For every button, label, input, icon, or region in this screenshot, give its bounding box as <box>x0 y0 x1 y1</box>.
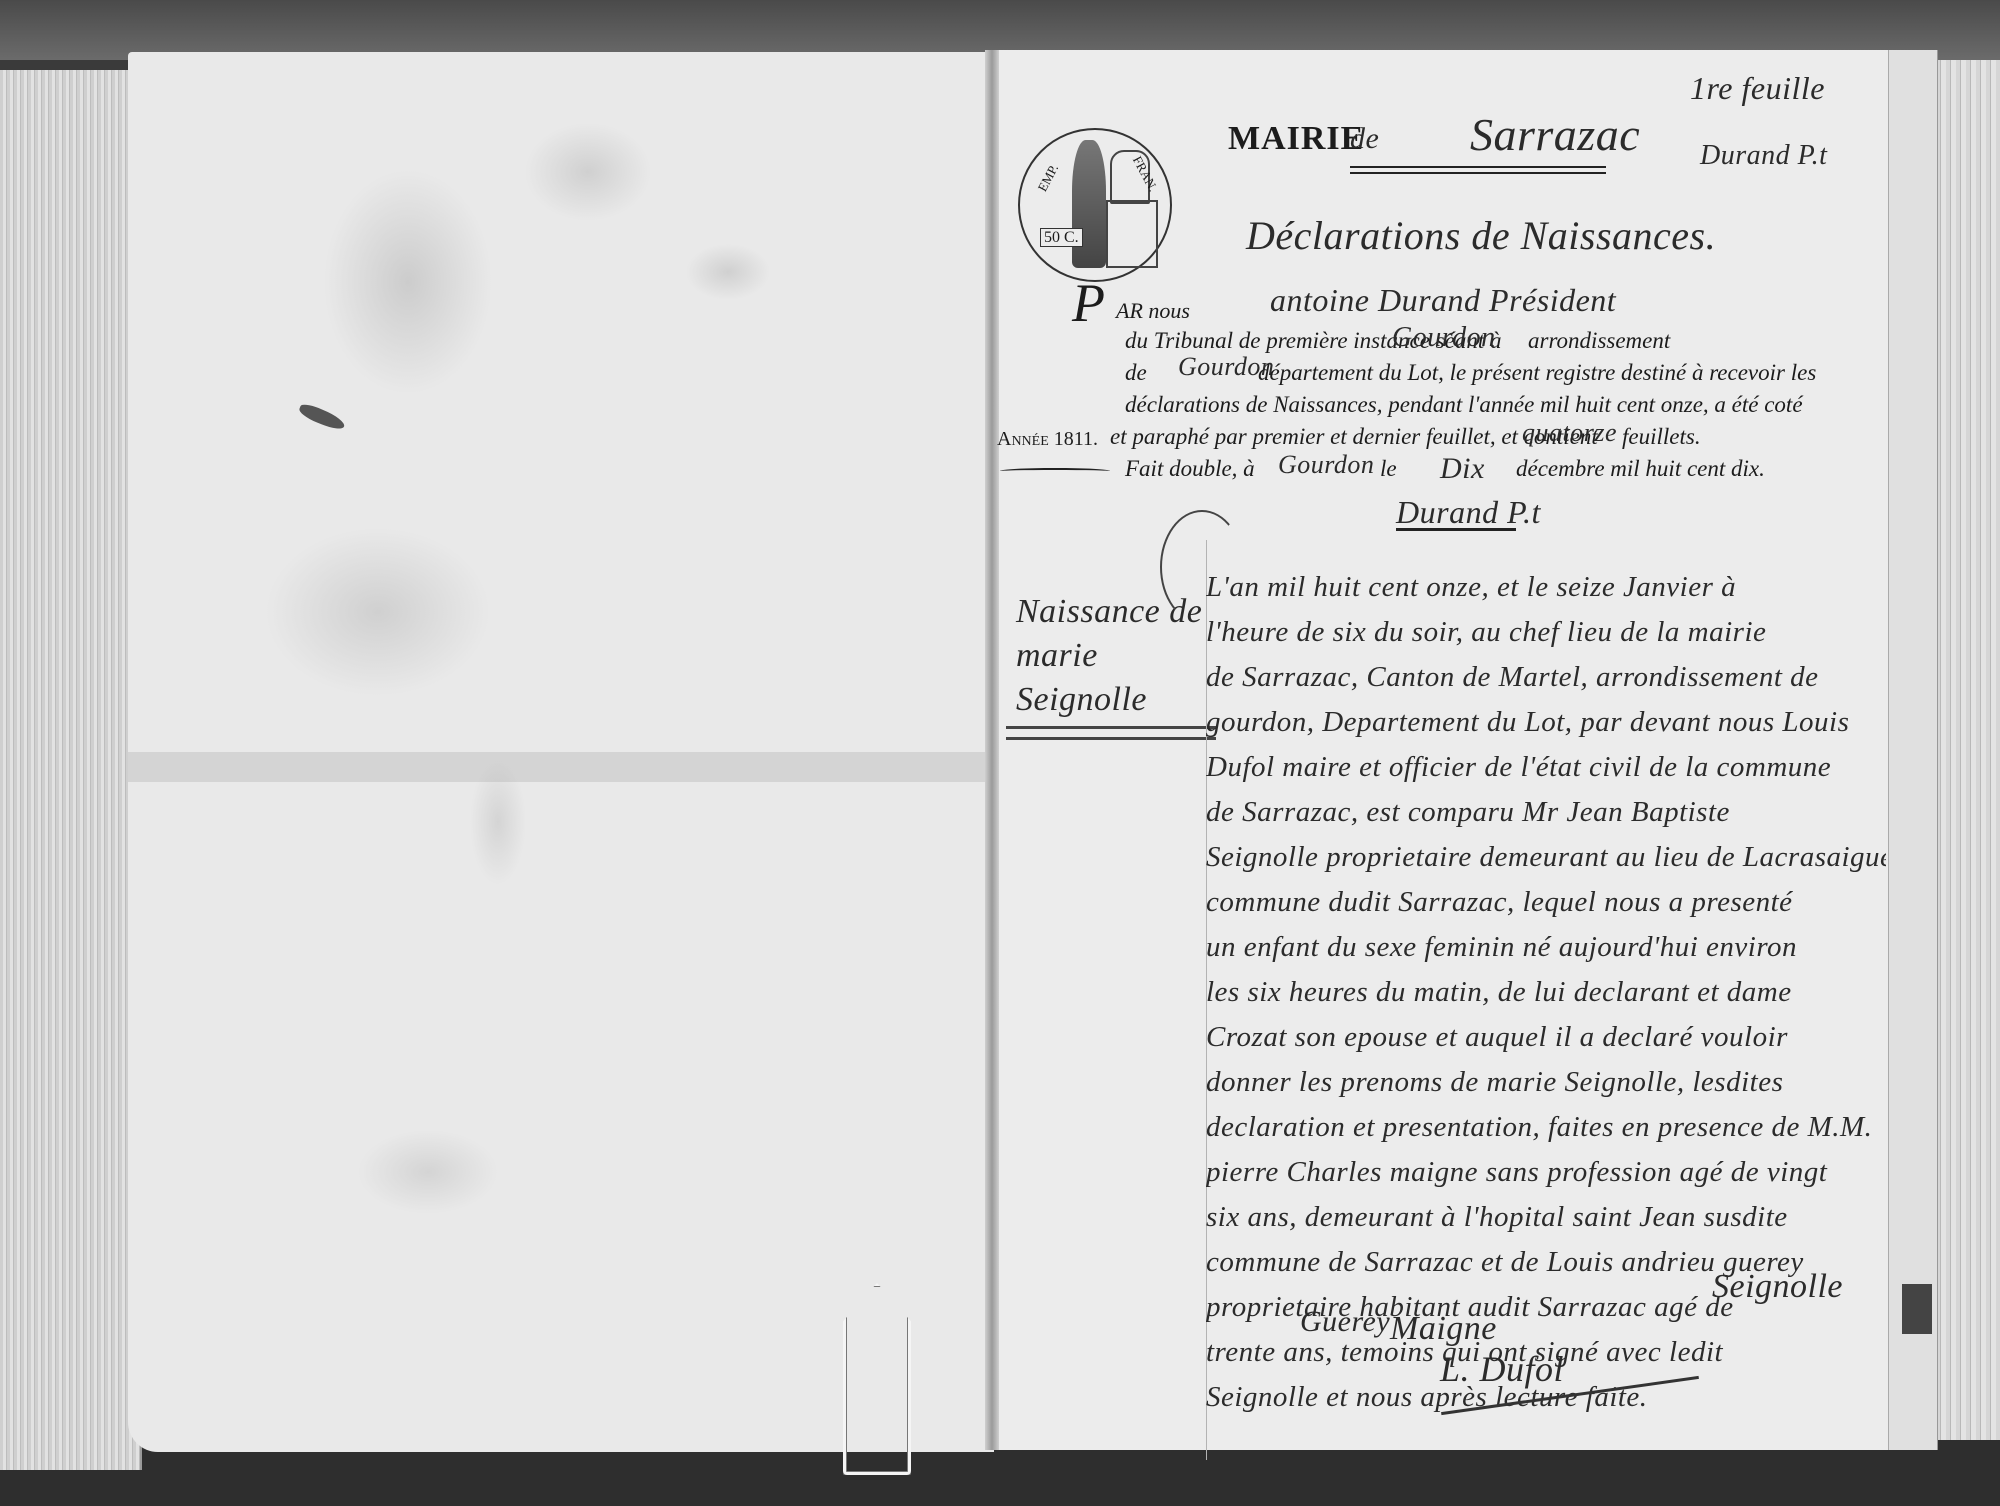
margin-double-rule <box>1006 726 1216 740</box>
form-line-2a: de <box>1125 360 1147 386</box>
left-page-edges <box>0 70 142 1470</box>
sheet-number: 1re feuille <box>1690 70 1825 107</box>
left-page-blank <box>128 52 994 1452</box>
page-title: Déclarations de Naissances. <box>1246 212 1716 259</box>
act-line: les six heures du matin, de lui declaran… <box>1206 970 1886 1015</box>
right-page-edges <box>1936 60 2000 1440</box>
form-line-1b: arrondissement <box>1528 328 1670 354</box>
form-line-5-day: Dix <box>1440 452 1485 486</box>
act-line: de Sarrazac, Canton de Martel, arrondiss… <box>1206 655 1886 700</box>
book-gutter <box>985 50 999 1450</box>
year-margin-label: Année 1811. <box>997 428 1098 451</box>
form-line-1-place: Gourdon <box>1392 322 1496 354</box>
mairie-label: MAIRIE <box>1228 120 1364 158</box>
sheet-signature: Durand P.t <box>1700 140 1827 172</box>
form-signature: Durand P.t <box>1396 494 1541 531</box>
margin-note-line: Seignolle <box>1016 678 1206 722</box>
act-line: un enfant du sexe feminin né aujourd'hui… <box>1206 925 1886 970</box>
margin-note-line: marie <box>1016 634 1206 678</box>
signature-declarant: Seignolle <box>1712 1268 1843 1306</box>
mairie-de: de <box>1350 122 1379 156</box>
form-line-5b: décembre mil huit cent dix. <box>1516 456 1765 482</box>
ink-blot <box>297 402 347 433</box>
act-line: pierre Charles maigne sans profession ag… <box>1206 1150 1886 1195</box>
form-line-5a: Fait double, à <box>1125 456 1255 482</box>
form-par-rest: AR <box>1116 298 1143 323</box>
act-line: l'heure de six du soir, au chef lieu de … <box>1206 610 1886 655</box>
act-line: de Sarrazac, est comparu Mr Jean Baptist… <box>1206 790 1886 835</box>
form-line-3: déclarations de Naissances, pendant l'an… <box>1125 392 1803 418</box>
signature-rule <box>1396 528 1516 531</box>
stamp-altar-icon <box>1106 200 1158 268</box>
form-line-2b: département du Lot, le présent registre … <box>1258 360 1816 386</box>
act-line: declaration et presentation, faites en p… <box>1206 1105 1886 1150</box>
form-line-5-place: Gourdon <box>1278 450 1374 480</box>
form-line-4-count: quatorze <box>1522 418 1617 448</box>
form-initial: P <box>1072 272 1105 334</box>
paper-scrap <box>1902 1284 1932 1334</box>
act-line: commune dudit Sarrazac, lequel nous a pr… <box>1206 880 1886 925</box>
stamp-value: 50 C. <box>1040 228 1083 247</box>
act-line: Crozat son epouse et auquel il a declaré… <box>1206 1015 1886 1060</box>
act-line: Dufol maire et officier de l'état civil … <box>1206 745 1886 790</box>
act-line: gourdon, Departement du Lot, par devant … <box>1206 700 1886 745</box>
signature-witness-2: Maigne <box>1390 1310 1497 1348</box>
form-line-5-le: le <box>1380 456 1397 482</box>
stamp-figure-icon <box>1072 140 1106 268</box>
act-line: donner les prenoms de marie Seignolle, l… <box>1206 1060 1886 1105</box>
mairie-name: Sarrazac <box>1470 108 1640 161</box>
form-nous: nous <box>1148 298 1190 323</box>
form-official-name: antoine Durand Président <box>1270 282 1616 319</box>
act-line: L'an mil huit cent onze, et le seize Jan… <box>1206 565 1886 610</box>
form-line-4b: feuillets. <box>1622 424 1701 450</box>
paperclip-icon <box>843 1283 911 1475</box>
signature-witness-1: Guerey <box>1300 1305 1390 1339</box>
form-par-nous: AR nous <box>1116 298 1190 324</box>
year-brace <box>1000 468 1110 474</box>
right-margin-strip <box>1888 50 1938 1450</box>
act-line: six ans, demeurant à l'hopital saint Jea… <box>1206 1195 1886 1240</box>
signature-mayor: L. Dufol <box>1440 1348 1564 1390</box>
act-line: Seignolle proprietaire demeurant au lieu… <box>1206 835 1886 880</box>
header-rule <box>1350 166 1606 174</box>
